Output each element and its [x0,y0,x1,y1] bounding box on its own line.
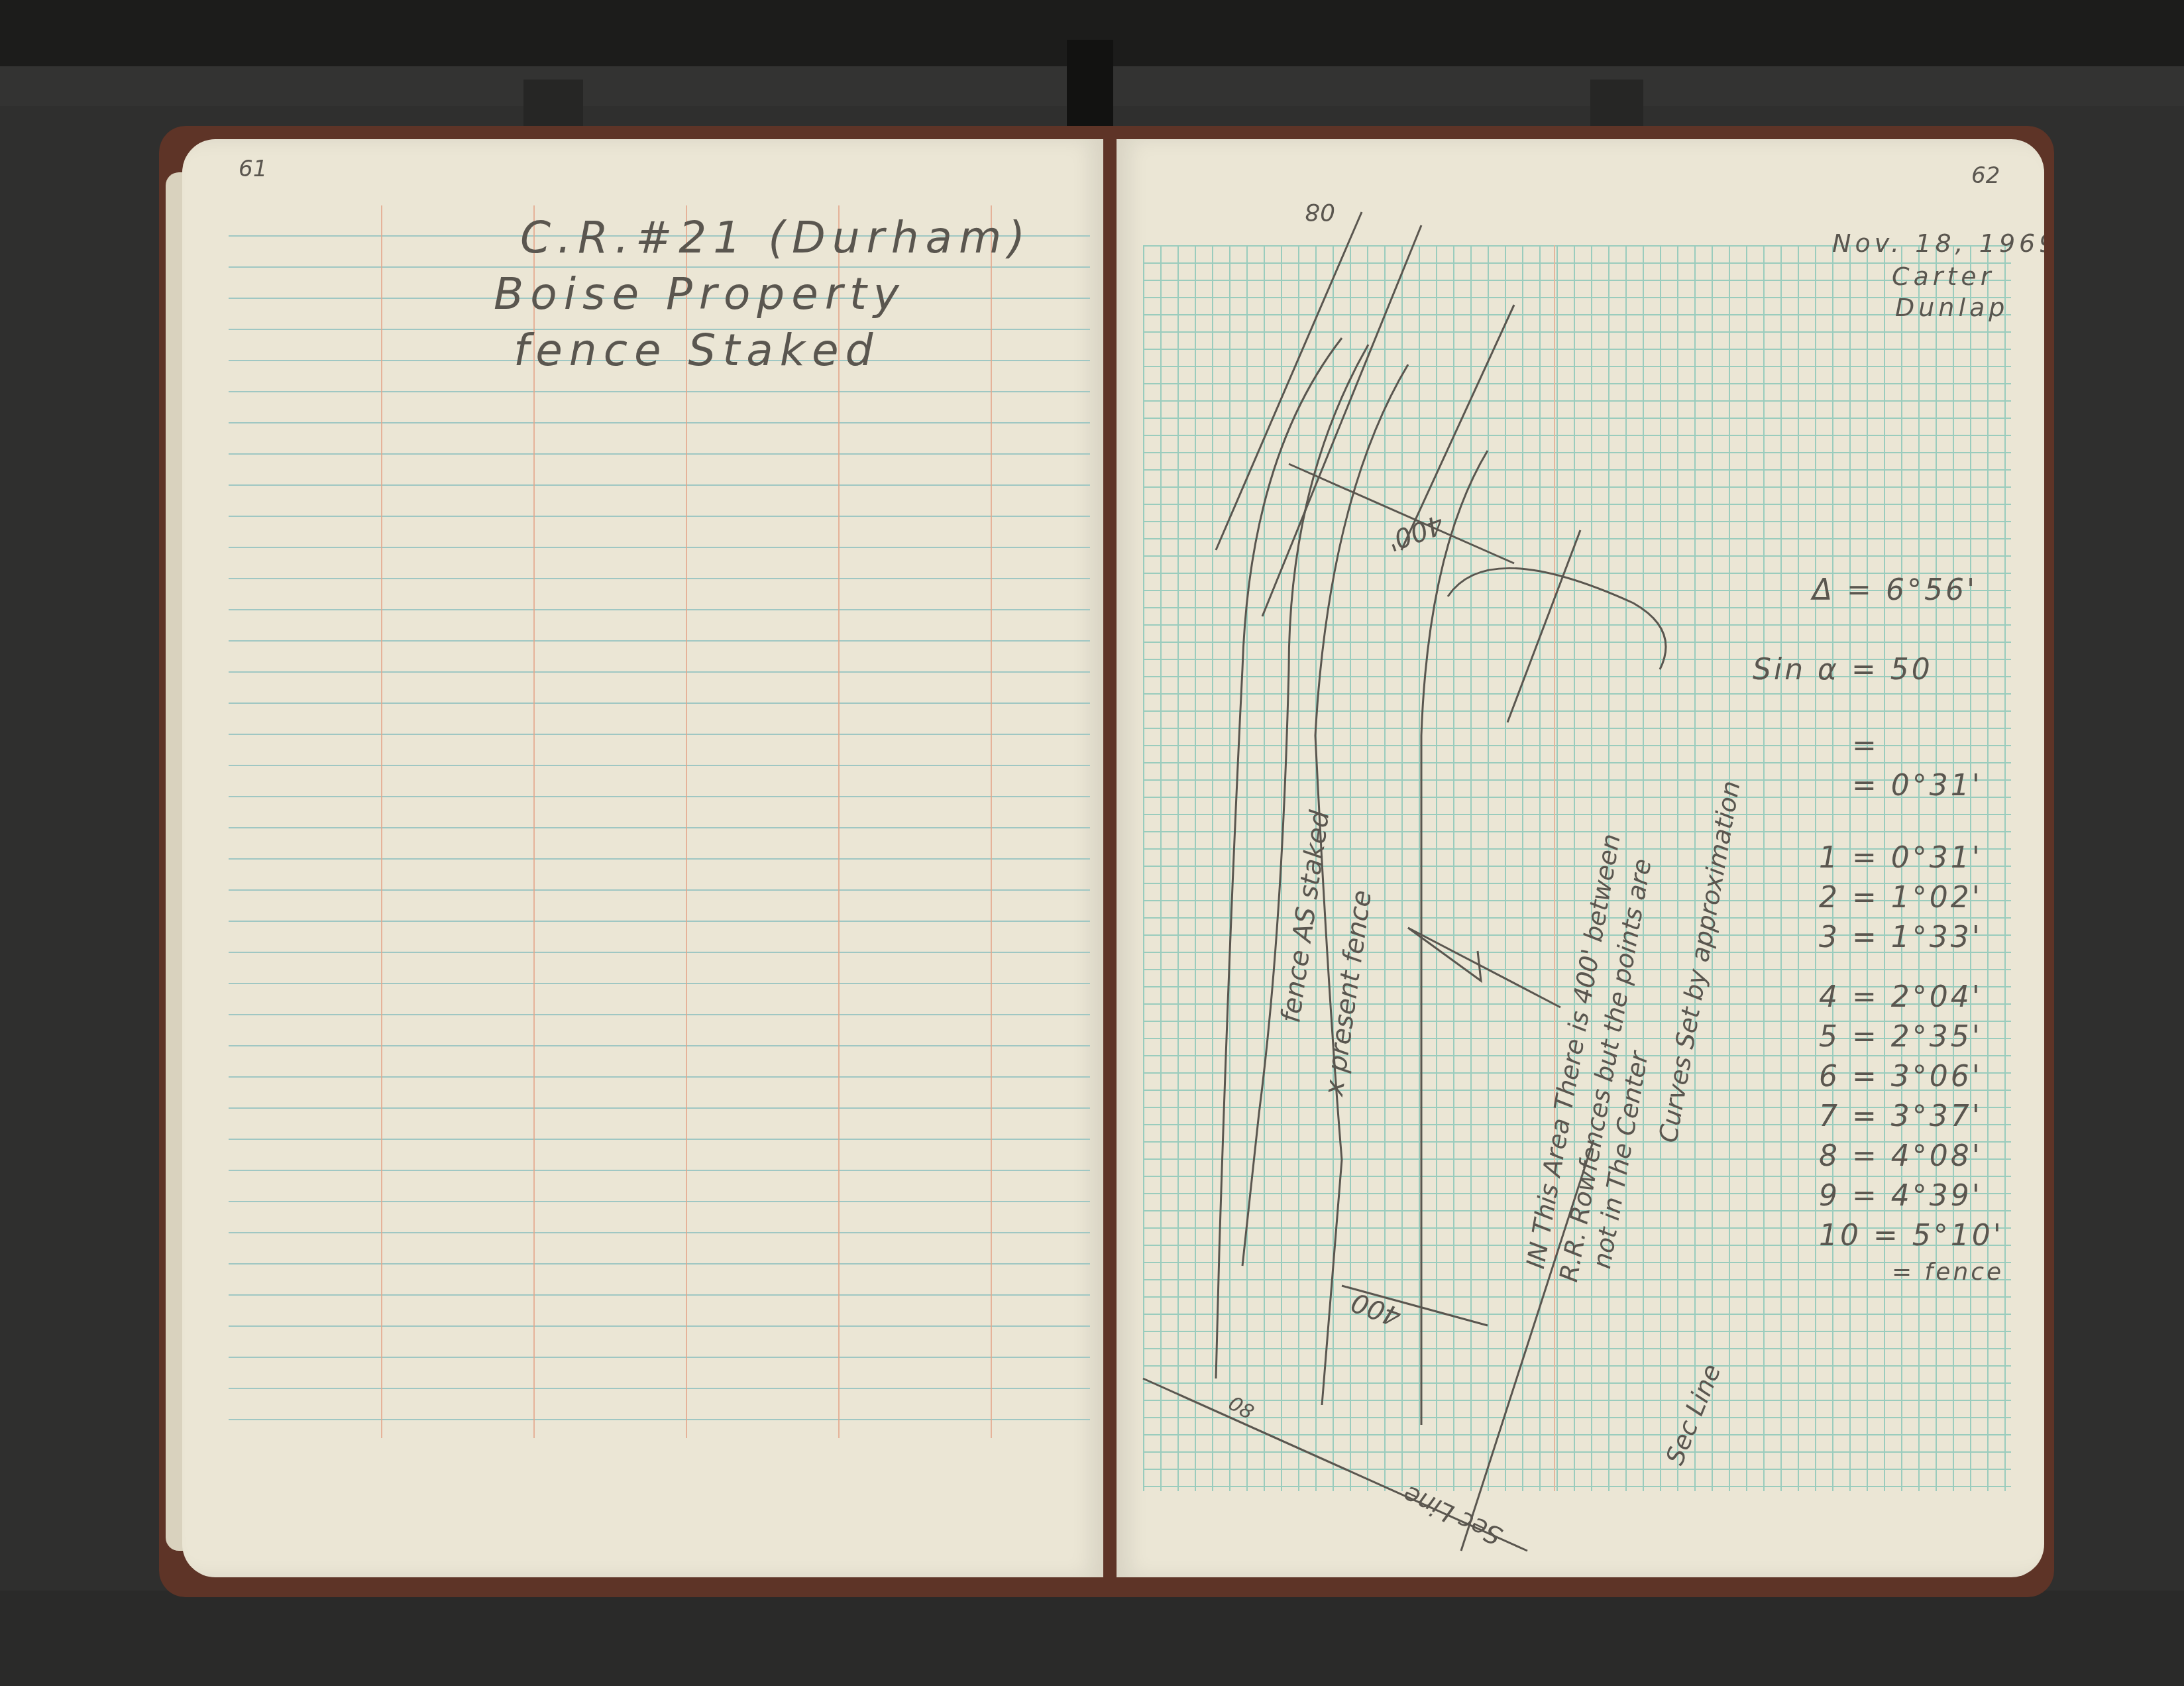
page-number: 62 [1971,162,2000,189]
heading-line-3: fence Staked [514,325,879,376]
station-row: 6 = 3°06' [1819,1057,2004,1097]
swoop-line [1448,568,1666,669]
blank-equals: = [1852,729,1879,763]
station-row: 2 = 1°02' [1819,878,2004,918]
column-rule [838,205,840,1438]
inner-curve [1315,365,1408,1405]
station-row: 4 = 2°04' [1819,978,2004,1017]
station-deflection-list: 1 = 0°31' 2 = 1°02' 3 = 1°33' 4 = 2°04' … [1819,838,2004,1289]
far-curve [1421,451,1488,1425]
scanner-cradle-bottom [0,1591,2184,1686]
column-rule [381,205,382,1438]
present-fence-curve [1242,345,1368,1266]
crew-member-1: Carter [1892,262,1994,291]
station-row: 1 = 0°31' [1819,838,2004,878]
delta-angle: Δ = 6°56' [1812,573,1977,607]
right-of-way-line [1216,212,1362,550]
heading-line-2: Boise Property [494,268,906,319]
right-of-way-line [1262,225,1421,616]
right-page: 62 Nov. 18, 1969 Carter Dunlap Δ = 6°56'… [1117,139,2044,1577]
top-label: 08 [1305,198,1335,225]
triangle-line [1408,928,1560,1007]
station-row: 8 = 4°08' [1819,1137,2004,1176]
crew-member-2: Dunlap [1895,293,2008,322]
page-number: 61 [239,156,267,182]
sin-alpha: Sin α = 50 [1753,653,1933,687]
column-rule [533,205,535,1438]
heading-line-1: C.R.#21 (Durham) [520,212,1032,263]
calc-footer: = fence [1892,1256,2004,1289]
station-row: 10 = 5°10' [1819,1216,2004,1256]
ruled-lines [229,205,1090,1438]
station-row: 5 = 2°35' [1819,1017,2004,1057]
station-row: 9 = 4°39' [1819,1176,2004,1216]
tick-line [1507,530,1580,722]
station-row: 3 = 1°33' [1819,918,2004,958]
station-row: 7 = 3°37' [1819,1097,2004,1137]
entry-date: Nov. 18, 1969 [1832,229,2044,258]
column-rule [991,205,992,1438]
column-rule [686,205,687,1438]
left-page: 61 C.R.#21 (Durham) Boise Property fence… [182,139,1103,1577]
deflection-result: = 0°31' [1852,769,1983,803]
triangle-arrow [1408,928,1481,981]
